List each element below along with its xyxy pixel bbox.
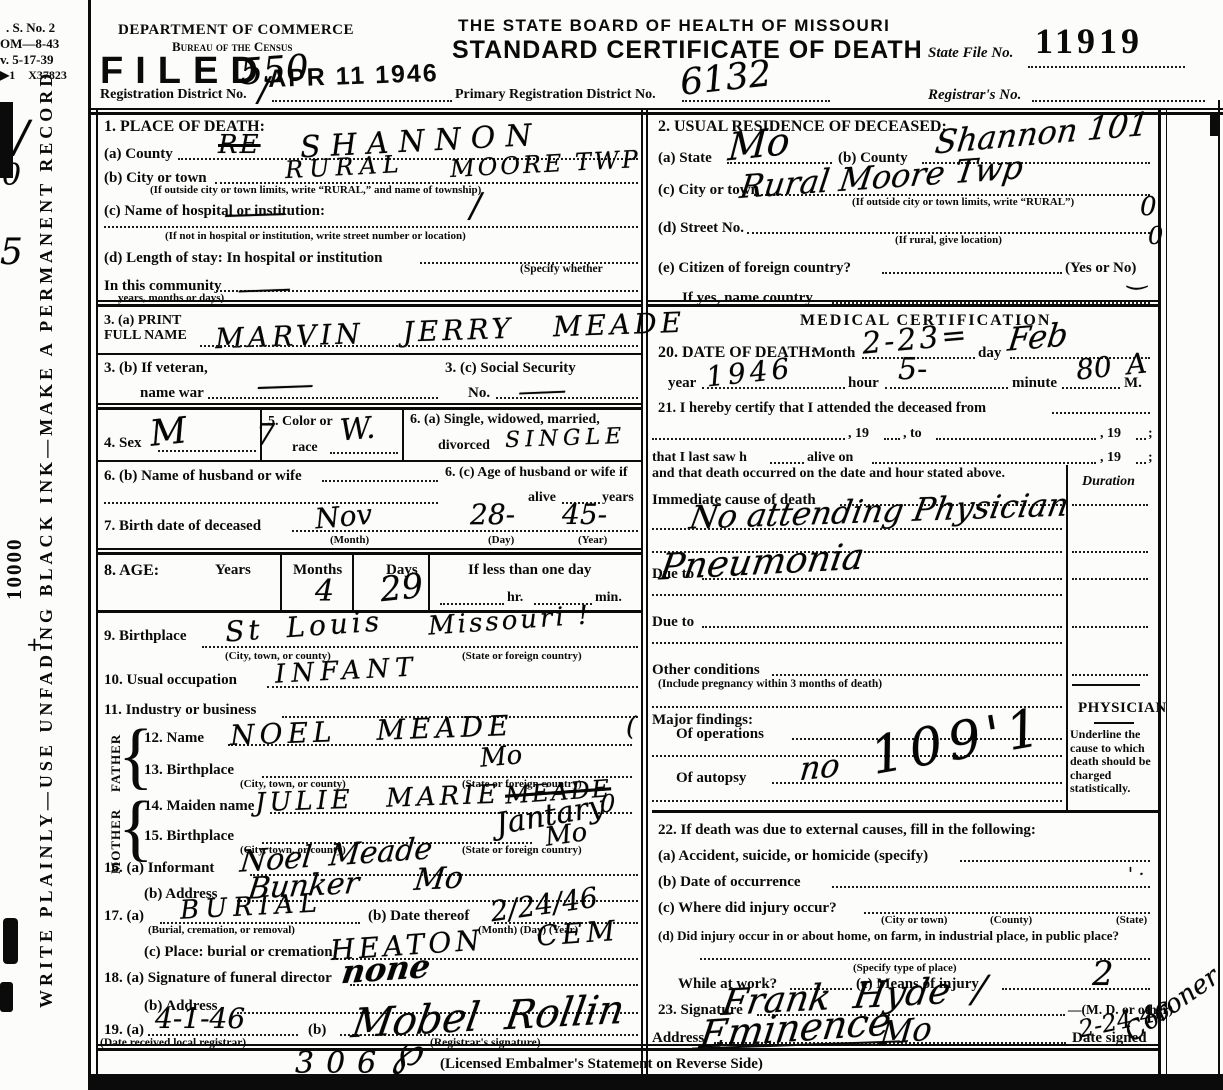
marital-status-entry: SINGLE [505, 424, 627, 453]
dotted-line [208, 397, 438, 399]
full-name-entry: MARVIN JERRY MEADE [215, 306, 686, 355]
specify-whether-note: (Specify whether [520, 263, 603, 275]
dotted-line [882, 272, 1062, 274]
funeral-director-label: 18. (a) Signature of funeral director [104, 970, 332, 987]
month-label: Month [812, 345, 855, 362]
ssn-no-label: No. [468, 385, 490, 402]
street-number-label: (d) Street No. [658, 220, 744, 237]
duration-label: Duration [1082, 474, 1135, 490]
if-rural-note: (If rural, give location) [895, 234, 1002, 246]
veteran-dash-entry: — [253, 367, 318, 404]
burial-cremation-note: (Burial, cremation, or removal) [148, 924, 295, 936]
center-divider-line [646, 108, 648, 1074]
dotted-line [960, 860, 1150, 862]
certify-19-label: , 19 [1100, 450, 1121, 466]
father-birthplace-label: 13. Birthplace [144, 762, 234, 779]
margin-scribble: / [14, 112, 29, 163]
pregnancy-note: (Include pregnancy within 3 months of de… [658, 678, 882, 690]
injury-location-question: (d) Did injury occur in or about home, o… [658, 928, 1119, 944]
margin-scribble: + [26, 632, 43, 656]
primary-registration-value: 6132 [678, 53, 773, 103]
dotted-line [104, 226, 638, 228]
certify-19-label: , 19 [1100, 426, 1121, 442]
alive-on-label: alive on [807, 450, 853, 466]
of-operations-label: Of operations [676, 726, 764, 743]
registrar-flourish-scribble: ℘ [392, 1026, 421, 1075]
section-rule-line [646, 300, 1160, 302]
day-note: (Day) [488, 534, 514, 546]
section-rule-line [96, 300, 643, 302]
dotted-line [872, 462, 1096, 464]
certificate-title: STANDARD CERTIFICATE OF DEATH [452, 36, 923, 65]
year-label: year [668, 375, 696, 392]
age-months-entry: 4 [315, 574, 334, 609]
section-rule-line [96, 304, 643, 307]
death-certificate-scan: . S. No. 2 OM—8-43 v. 5-17-39 ▶1 X37823 … [0, 0, 1223, 1090]
form-revision-line: v. 5-17-39 [0, 52, 53, 68]
means-scribble: 2 [1092, 954, 1114, 994]
dotted-line [1072, 674, 1148, 676]
margin-ink-blob [3, 918, 18, 964]
residence-city-stray-mark: 0 [1140, 192, 1157, 222]
occurrence-stray-marks: ' · [1128, 864, 1144, 885]
birthplace-state-entry: Missouri ! [427, 600, 592, 641]
dotted-line [322, 480, 438, 482]
primary-registration-label: Primary Registration District No. [455, 87, 656, 103]
street-number-entry: 0 [1148, 222, 1163, 250]
margin-ink-blob [0, 102, 13, 178]
department-title: DEPARTMENT OF COMMERCE [118, 22, 354, 39]
residence-city-note: (If outside city or town limits, write “… [852, 196, 1074, 208]
state-file-number: 11919 [1035, 20, 1143, 62]
burial-label: 17. (a) [104, 908, 144, 925]
city-entry-rural: RURAL [284, 150, 405, 184]
sex-entry: M [148, 410, 189, 455]
certify-semicolon: ; [1148, 426, 1153, 442]
duration-column-line [1066, 465, 1068, 812]
header-scribble: / [258, 70, 269, 110]
right-border-line [1166, 108, 1167, 1074]
section-rule-line [96, 407, 643, 410]
registrar-b-label: (b) [308, 1022, 326, 1039]
dotted-line [202, 646, 638, 648]
physician-divider-line [1094, 722, 1134, 724]
dotted-line [1072, 504, 1148, 506]
dotted-line [652, 594, 1062, 596]
name-war-label: name war [140, 385, 204, 402]
dotted-line [1072, 626, 1148, 628]
birth-year-entry: 45- [562, 498, 607, 531]
section-rule-line [96, 548, 643, 550]
race-scribble: 7 [256, 418, 275, 453]
dotted-line [936, 438, 1096, 440]
death-occurred-statement: and that death occurred on the date and … [652, 466, 1005, 482]
print-label: 3. (a) PRINT [104, 313, 181, 329]
physician-instruction-note: Underline the cause to which death shoul… [1070, 728, 1160, 796]
death-hour-entry: 5- [898, 352, 927, 387]
right-border-line [1158, 108, 1161, 1074]
certify-19-label: , 19 [848, 426, 869, 442]
bottom-rule-line [96, 1044, 1160, 1046]
usual-residence-title: 2. USUAL RESIDENCE OF DECEASED: [658, 118, 947, 136]
registrar-number-label: Registrar's No. [928, 87, 1021, 104]
dotted-line [1052, 412, 1150, 414]
date-of-occurrence-label: (b) Date of occurrence [658, 874, 801, 891]
table-divider-line [352, 552, 354, 610]
divorced-label: divorced [438, 438, 490, 454]
full-name-label: FULL NAME [104, 328, 187, 344]
margin-rotated-number: 10000 [2, 538, 27, 601]
race-entry: W. [339, 411, 377, 449]
alive-label: alive [528, 490, 556, 506]
last-saw-alive-label: that I last saw h [652, 450, 747, 466]
section-rule-line [96, 552, 643, 555]
city-instruction-note: (If outside city or town limits, write “… [150, 184, 481, 196]
dotted-line [885, 387, 1008, 389]
year-note: (Year) [578, 534, 607, 546]
citizen-answer-mark: ‿ [1128, 262, 1147, 290]
county-label: (a) County [104, 146, 173, 163]
section-rule-line [646, 304, 1160, 307]
state-foreign-note: (State or foreign country) [462, 844, 582, 856]
day-label: day [978, 345, 1001, 362]
date-received-entry: 4-1-46 [155, 1002, 245, 1035]
dotted-line [104, 502, 438, 504]
spouse-age-label: 6. (c) Age of husband or wife if [445, 465, 628, 481]
dotted-line [1072, 551, 1148, 553]
dotted-line [652, 528, 1062, 530]
father-name-stray-mark: ( [626, 712, 636, 742]
am-pm-label: M. [1124, 375, 1142, 392]
certify-to-label: , to [903, 426, 922, 442]
burial-date-label: (b) Date thereof [368, 908, 469, 925]
dotted-line [1032, 100, 1205, 102]
registration-district-label: Registration District No. [100, 87, 247, 103]
age-label: 8. AGE: [104, 562, 159, 580]
hr-label: hr. [507, 590, 523, 606]
dotted-line [884, 438, 900, 440]
physician-label: PHYSICIAN [1078, 700, 1167, 717]
dotted-line [832, 886, 1150, 888]
physician-address-label: Address [652, 1030, 704, 1047]
dotted-line [1136, 438, 1146, 440]
sex-label: 4. Sex [104, 435, 142, 452]
dotted-line [1028, 66, 1185, 68]
dotted-line [200, 345, 638, 347]
informant-label: 16. (a) Informant [104, 860, 214, 877]
hospital-label: (c) Name of hospital or institution: [104, 203, 325, 220]
form-left-edge-line [96, 108, 98, 1074]
physician-address-state-entry: Mo [878, 1009, 934, 1053]
dotted-line [652, 800, 1062, 802]
dotted-line [652, 438, 845, 440]
due-to-entry: Pneumonia [657, 536, 867, 588]
external-causes-title: 22. If death was due to external causes,… [658, 822, 1036, 839]
dotted-line [1136, 462, 1146, 464]
bottom-rule-line [96, 1048, 1160, 1051]
dotted-line [700, 958, 1150, 960]
citizen-label: (e) Citizen of foreign country? [658, 260, 851, 277]
duration-rule-line [1072, 684, 1140, 686]
yes-or-no-label: (Yes or No) [1065, 260, 1136, 277]
page-edge-line [1218, 100, 1220, 1090]
occupation-entry: INFANT [274, 652, 419, 689]
of-autopsy-label: Of autopsy [676, 770, 746, 787]
less-than-one-day-label: If less than one day [468, 562, 591, 579]
dotted-line [158, 450, 256, 452]
column-divider-line [402, 407, 404, 460]
dotted-line [1062, 387, 1120, 389]
where-injury-label: (c) Where did injury occur? [658, 900, 837, 917]
minute-label: minute [1012, 375, 1057, 392]
rule-line [96, 353, 643, 355]
margin-vertical-instruction: WRITE PLAINLY—USE UNFADING BLACK INK—MAK… [36, 70, 57, 1008]
state-foreign-note: (State or foreign country) [462, 650, 582, 662]
edge-ink-blob [1210, 114, 1219, 136]
dotted-line [440, 603, 504, 605]
residence-state-label: (a) State [658, 150, 712, 167]
other-conditions-label: Other conditions [652, 662, 760, 679]
table-divider-line [280, 552, 282, 610]
husband-wife-label: 6. (b) Name of husband or wife [104, 468, 302, 485]
dotted-line [272, 100, 452, 102]
dotted-line [330, 452, 398, 454]
hour-label: hour [848, 375, 879, 392]
certify-semicolon: ; [1148, 450, 1153, 466]
board-title: THE STATE BOARD OF HEALTH OF MISSOURI [458, 16, 890, 36]
dotted-line [702, 626, 1062, 628]
race-label: race [292, 440, 318, 456]
margin-scribble: 5 [0, 232, 23, 273]
dotted-line [652, 642, 1062, 644]
years-months-days-note: years, months or days) [118, 292, 224, 304]
occupation-label: 10. Usual occupation [104, 672, 237, 689]
burial-entry: BURIAL [179, 888, 323, 925]
mother-maiden-label: 14. Maiden name [144, 798, 254, 815]
embalmer-statement-note: (Licensed Embalmer's Statement on Revers… [440, 1056, 763, 1073]
mother-birthplace-label: 15. Birthplace [144, 828, 234, 845]
color-race-label: 5. Color or [268, 414, 333, 430]
state-file-label: State File No. [928, 45, 1013, 62]
age-days-entry: 29 [378, 566, 425, 610]
section-rule-line [652, 810, 1160, 813]
funeral-director-entry: none [339, 947, 432, 992]
state-note: (State) [1116, 914, 1147, 926]
margin-ink-blob [0, 982, 13, 1012]
rule-line [96, 460, 643, 462]
veteran-label: 3. (b) If veteran, [104, 360, 208, 377]
dotted-line [1002, 988, 1150, 990]
table-divider-line [428, 552, 430, 610]
autopsy-entry: no [798, 746, 842, 789]
birth-month-entry: Nov [314, 498, 374, 536]
center-divider-line [641, 108, 643, 1074]
due-to-label: Due to [652, 614, 694, 631]
form-number-line: . S. No. 2 [6, 20, 55, 36]
death-day-entry: Feb [1006, 315, 1070, 359]
dotted-line [772, 674, 1062, 676]
county-struck-entry: RE [218, 130, 261, 160]
accident-suicide-label: (a) Accident, suicide, or homicide (spec… [658, 848, 928, 865]
city-or-town-note: (City or town) [881, 914, 947, 926]
birth-day-entry: 28- [470, 498, 515, 531]
certify-statement-line1: 21. I hereby certify that I attended the… [658, 400, 986, 417]
father-birthplace-entry: Mo [479, 740, 524, 774]
month-note: (Month) [330, 534, 369, 546]
min-label: min. [595, 590, 622, 606]
left-border-line [88, 0, 91, 1090]
hospital-scribble: / [470, 186, 481, 226]
autopsy-scribble: 109'1 [866, 697, 1050, 787]
years-column-label: Years [215, 562, 251, 579]
form-number-line: OM—8-43 [0, 36, 59, 52]
hospital-instruction-note: (If not in hospital or institution, writ… [165, 230, 466, 242]
dotted-line [1072, 578, 1148, 580]
dotted-line [148, 1034, 298, 1036]
residence-state-entry: Mo [727, 118, 792, 169]
father-name-label: 12. Name [144, 730, 204, 747]
dotted-line [770, 462, 804, 464]
mother-birthplace-stray-mark: 0 [600, 790, 615, 818]
bottom-black-bar [88, 1074, 1223, 1090]
burial-place-label: (c) Place: burial or cremation [144, 944, 333, 961]
section-rule-line [96, 403, 643, 405]
registration-district-handwritten: 550 [239, 48, 310, 94]
county-note: (County) [990, 914, 1032, 926]
birthplace-label: 9. Birthplace [104, 628, 187, 645]
length-of-stay-label: (d) Length of stay: In hospital or insti… [104, 250, 383, 267]
birth-date-label: 7. Birth date of deceased [104, 518, 261, 535]
